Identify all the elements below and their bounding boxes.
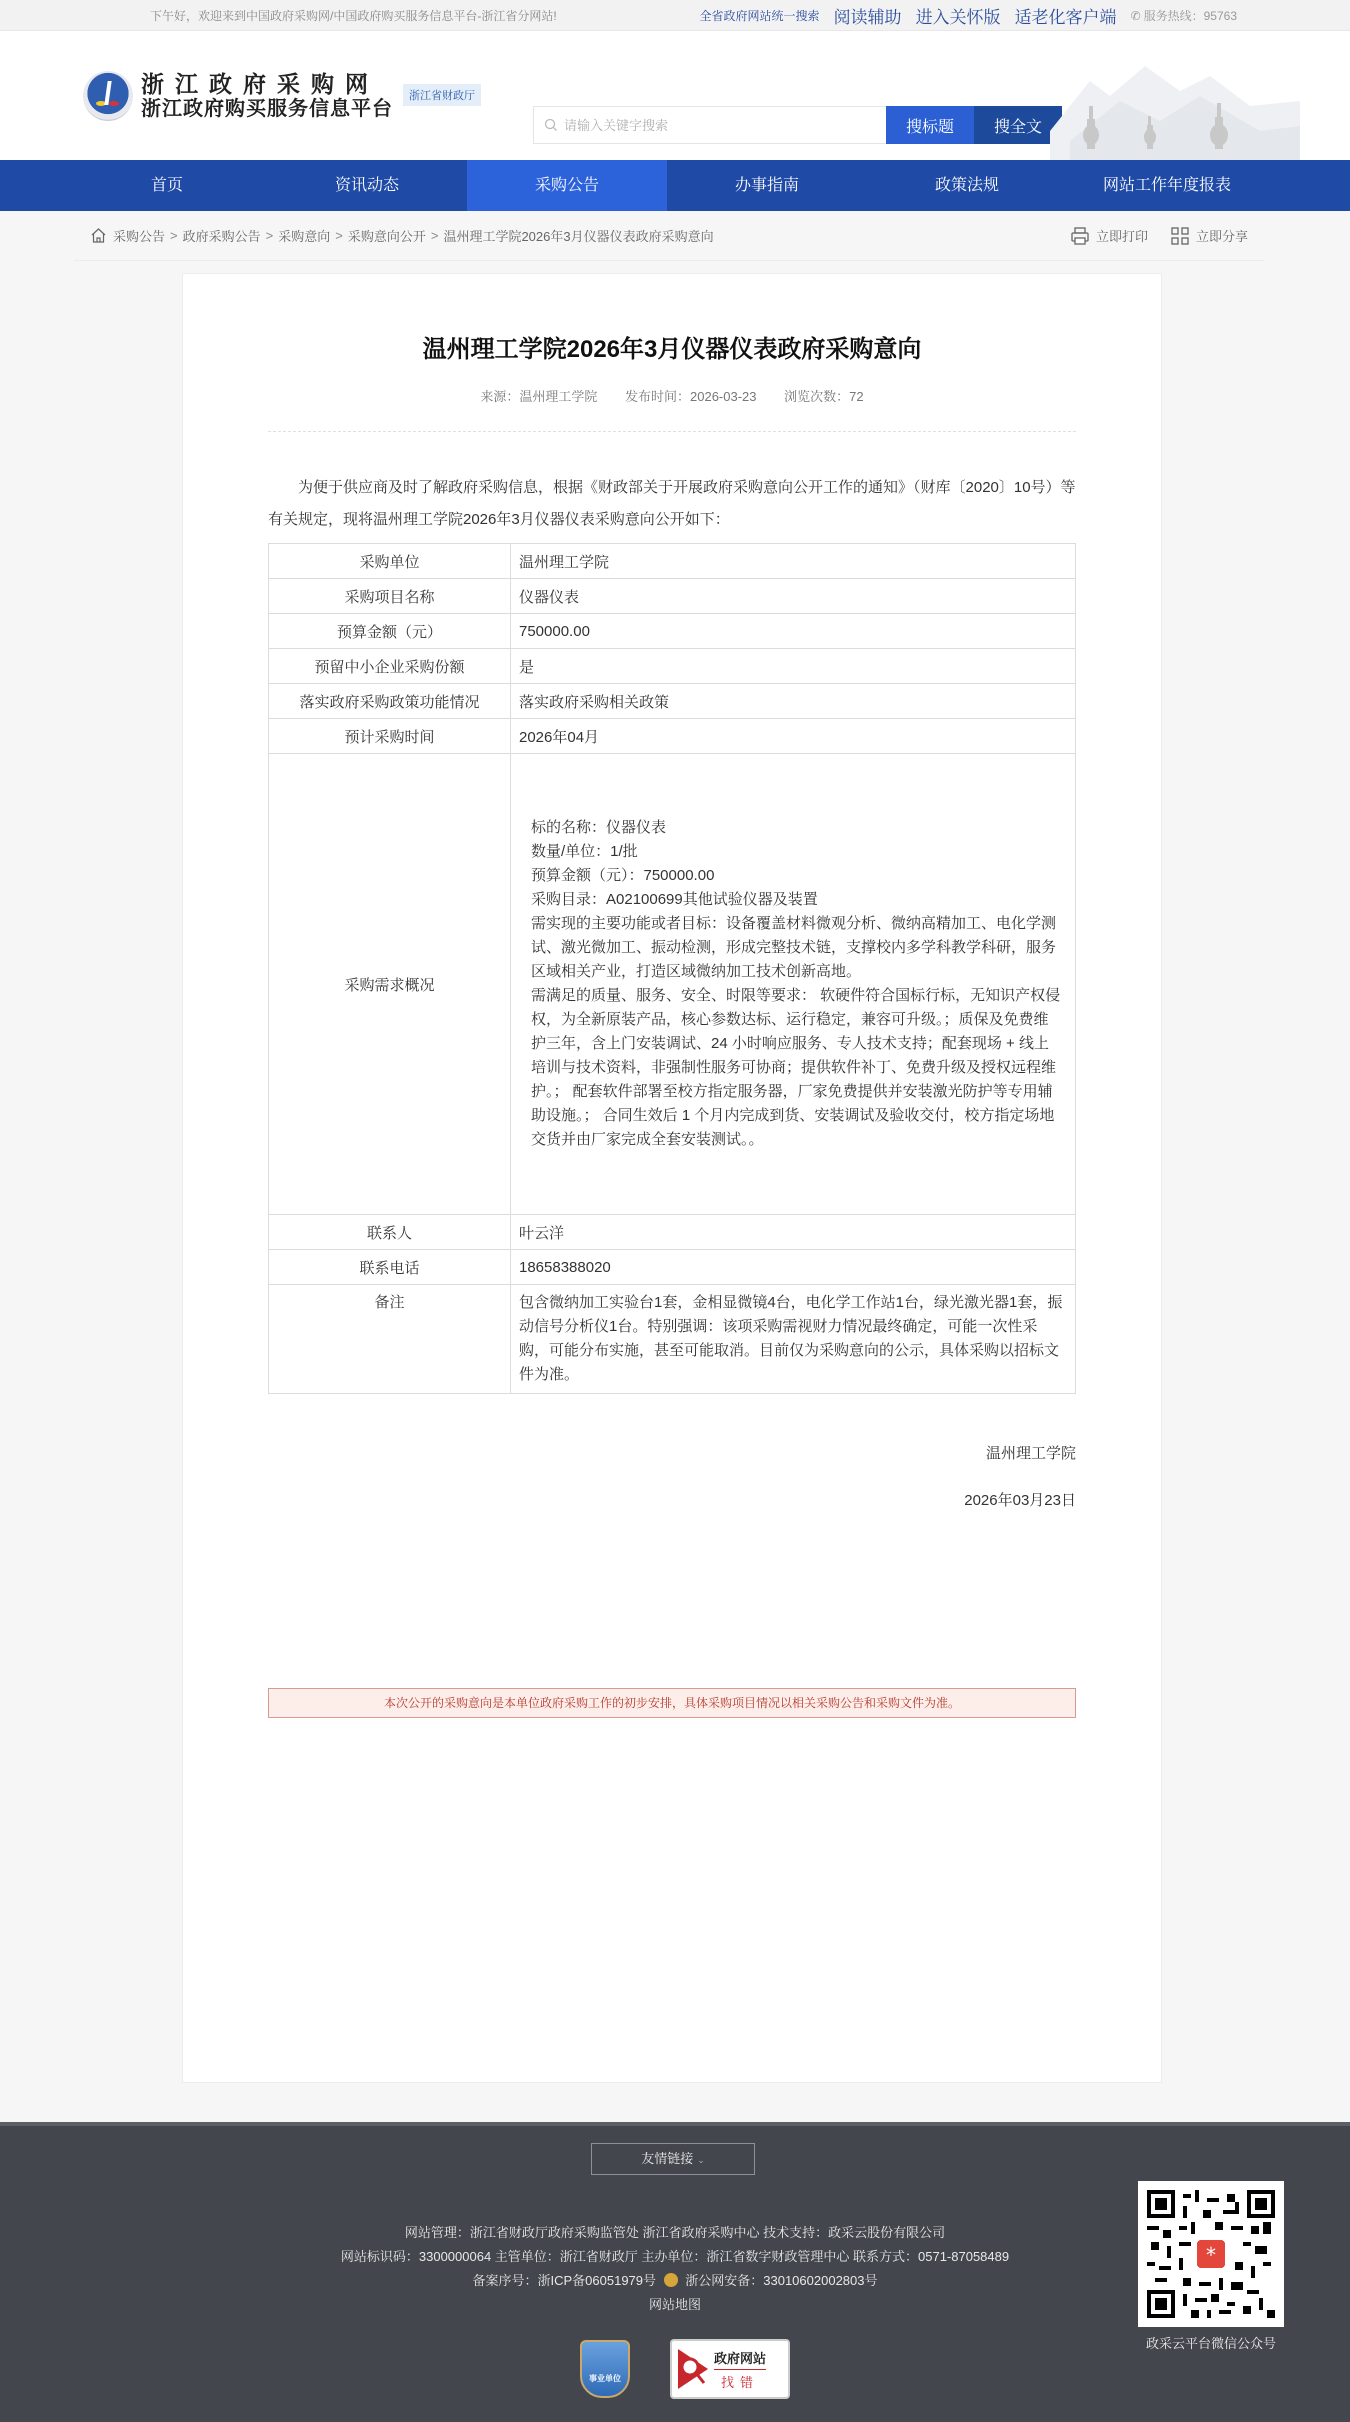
nav-procurement-notices[interactable]: 采购公告 — [467, 160, 667, 211]
icp-link[interactable]: 备案序号：浙ICP备06051979号 — [473, 2273, 657, 2288]
demand-line: 需满足的质量、服务、安全、时限等要求： 软硬件符合国标行标，无知识产权侵权，为全… — [531, 984, 1063, 1152]
wechat-qr: * 政采云平台微信公众号 — [1138, 2181, 1284, 2352]
table-row: 预计采购时间2026年04月 — [269, 719, 1076, 754]
police-badge-icon — [664, 2273, 678, 2287]
gov-site-error-report-button[interactable]: 政府网站 找错 — [670, 2339, 790, 2399]
search-box — [533, 106, 886, 144]
table-row-demand: 采购需求概况 标的名称：仪器仪表 数量/单位：1/批 预算金额（元）：75000… — [269, 754, 1076, 1215]
article-publish-time: 发布时间：2026-03-23 — [625, 389, 757, 404]
printer-icon — [1070, 226, 1090, 246]
mountain-pagoda-decoration — [1050, 61, 1300, 160]
hotline: ✆ 服务热线：95763 — [1131, 7, 1237, 24]
logo-subtitle: 浙江政府购买服务信息平台 — [141, 97, 393, 121]
row-value: 温州理工学院 — [511, 544, 1076, 579]
sign-date: 2026年03月23日 — [268, 1489, 1076, 1510]
demand-line: 需实现的主要功能或者目标：设备覆盖材料微观分析、微纳高精加工、电化学测试、激光微… — [531, 912, 1063, 984]
breadcrumb-separator: > — [431, 228, 439, 243]
page-tools: 立即打印 立即分享 — [1070, 226, 1248, 246]
row-value: 落实政府采购相关政策 — [511, 684, 1076, 719]
hotline-text: 服务热线：95763 — [1144, 7, 1237, 24]
magnifier-flag-icon — [676, 2345, 710, 2393]
table-row: 落实政府采购政策功能情况落实政府采购相关政策 — [269, 684, 1076, 719]
demand-line: 标的名称：仪器仪表 — [531, 816, 1063, 840]
logo-emblem-icon — [83, 71, 133, 121]
share-button[interactable]: 立即分享 — [1170, 226, 1248, 246]
qr-code-icon: * — [1147, 2190, 1275, 2318]
friend-links-label: 友情链接 — [641, 2151, 693, 2166]
breadcrumb-item[interactable]: 采购公告 — [113, 226, 165, 245]
qr-caption: 政采云平台微信公众号 — [1138, 2333, 1284, 2352]
table-row: 采购项目名称仪器仪表 — [269, 579, 1076, 614]
qr-code-image: * — [1138, 2181, 1284, 2327]
nav-guide[interactable]: 办事指南 — [667, 160, 867, 211]
demand-line: 数量/单位：1/批 — [531, 840, 1063, 864]
search-bar: 搜标题 搜全文 — [533, 106, 1062, 144]
search-title-button[interactable]: 搜标题 — [886, 106, 974, 144]
search-fulltext-button[interactable]: 搜全文 — [974, 106, 1062, 144]
nav-news[interactable]: 资讯动态 — [267, 160, 467, 211]
row-label: 联系人 — [269, 1215, 511, 1250]
search-input[interactable] — [564, 118, 884, 133]
row-value: 是 — [511, 649, 1076, 684]
breadcrumb-item[interactable]: 政府采购公告 — [183, 226, 261, 245]
breadcrumb-current: 温州理工学院2026年3月仪器仪表政府采购意向 — [443, 226, 713, 245]
row-value: 2026年04月 — [511, 719, 1076, 754]
share-label: 立即分享 — [1196, 226, 1248, 245]
badge-label: 事业单位 — [589, 2373, 621, 2384]
contact-person: 叶云洋 — [511, 1215, 1076, 1250]
phone-icon: ✆ — [1131, 9, 1141, 23]
error-label-bottom: 找错 — [714, 2372, 766, 2391]
demand-line: 采购目录：A02100699其他试验仪器及装置 — [531, 888, 1063, 912]
row-value: 750000.00 — [511, 614, 1076, 649]
divider — [268, 431, 1076, 432]
row-label: 采购需求概况 — [269, 754, 511, 1215]
chevron-down-icon: ⌄ — [697, 2155, 705, 2165]
row-label: 预留中小企业采购份额 — [269, 649, 511, 684]
nav-annual-report[interactable]: 网站工作年度报表 — [1067, 160, 1267, 211]
contact-phone: 18658388020 — [511, 1250, 1076, 1285]
note-value: 包含微纳加工实验台1套，金相显微镜4台，电化学工作站1台，绿光激光器1套，振动信… — [511, 1285, 1076, 1394]
table-row: 采购单位温州理工学院 — [269, 544, 1076, 579]
row-label: 采购单位 — [269, 544, 511, 579]
top-links: 全省政府网站统一搜索 阅读辅助 进入关怀版 适老化客户端 ✆ 服务热线：9576… — [700, 3, 1237, 28]
search-icon — [544, 118, 558, 132]
demand-detail: 标的名称：仪器仪表 数量/单位：1/批 预算金额（元）：750000.00 采购… — [511, 754, 1076, 1215]
breadcrumb-separator: > — [335, 228, 343, 243]
row-label: 预算金额（元） — [269, 614, 511, 649]
article-intro: 为便于供应商及时了解政府采购信息，根据《财政部关于开展政府采购意向公开工作的通知… — [268, 472, 1076, 536]
police-record-link[interactable]: 浙公网安备：33010602002803号 — [685, 2273, 877, 2288]
site-header: 浙江政府采购网 浙江政府购买服务信息平台 浙江省财政厅 搜标题 搜全文 — [0, 31, 1350, 160]
elderly-client-link[interactable]: 适老化客户端 — [1015, 3, 1117, 28]
public-institution-badge[interactable]: 事业单位 — [580, 2340, 630, 2398]
table-row: 联系电话18658388020 — [269, 1250, 1076, 1285]
row-value: 仪器仪表 — [511, 579, 1076, 614]
table-row: 预算金额（元）750000.00 — [269, 614, 1076, 649]
table-row-note: 备注包含微纳加工实验台1套，金相显微镜4台，电化学工作站1台，绿光激光器1套，振… — [269, 1285, 1076, 1394]
table-row: 联系人叶云洋 — [269, 1215, 1076, 1250]
logo-tag: 浙江省财政厅 — [403, 84, 481, 106]
site-footer: 友情链接⌄ 网站管理：浙江省财政厅政府采购监管处 浙江省政府采购中心 技术支持：… — [0, 2122, 1350, 2422]
signature: 温州理工学院 2026年03月23日 — [268, 1442, 1076, 1510]
main-nav: 首页 资讯动态 采购公告 办事指南 政策法规 网站工作年度报表 — [0, 160, 1350, 211]
article-views: 浏览次数：72 — [784, 389, 863, 404]
print-button[interactable]: 立即打印 — [1070, 226, 1148, 246]
row-label: 预计采购时间 — [269, 719, 511, 754]
reading-assist-link[interactable]: 阅读辅助 — [834, 3, 902, 28]
procurement-info-table: 采购单位温州理工学院 采购项目名称仪器仪表 预算金额（元）750000.00 预… — [268, 543, 1076, 1394]
breadcrumb-separator: > — [266, 228, 274, 243]
friend-links-dropdown[interactable]: 友情链接⌄ — [591, 2143, 755, 2175]
nav-home[interactable]: 首页 — [67, 160, 267, 211]
row-label: 落实政府采购政策功能情况 — [269, 684, 511, 719]
article-title: 温州理工学院2026年3月仪器仪表政府采购意向 — [268, 274, 1076, 364]
article-source: 来源：温州理工学院 — [480, 389, 597, 404]
qrcode-icon — [1170, 226, 1190, 246]
care-version-link[interactable]: 进入关怀版 — [916, 3, 1001, 28]
sign-org: 温州理工学院 — [268, 1442, 1076, 1463]
top-bar: 下午好，欢迎来到中国政府采购网/中国政府购买服务信息平台-浙江省分网站! 全省政… — [0, 0, 1350, 31]
breadcrumb-item[interactable]: 采购意向 — [278, 226, 330, 245]
nav-policies[interactable]: 政策法规 — [867, 160, 1067, 211]
breadcrumb: 采购公告> 政府采购公告> 采购意向> 采购意向公开> 温州理工学院2026年3… — [90, 226, 714, 245]
row-label: 采购项目名称 — [269, 579, 511, 614]
site-logo[interactable]: 浙江政府采购网 浙江政府购买服务信息平台 浙江省财政厅 — [83, 71, 481, 121]
logo-title: 浙江政府采购网 — [141, 72, 393, 97]
breadcrumb-item[interactable]: 采购意向公开 — [348, 226, 426, 245]
print-label: 立即打印 — [1096, 226, 1148, 245]
breadcrumb-bar: 采购公告> 政府采购公告> 采购意向> 采购意向公开> 温州理工学院2026年3… — [74, 211, 1264, 261]
demand-line: 预算金额（元）：750000.00 — [531, 864, 1063, 888]
svg-text:*: * — [1206, 2243, 1216, 2267]
footer-badges: 事业单位 政府网站 找错 — [580, 2339, 790, 2399]
sitemap-link[interactable]: 网站地图 — [649, 2297, 701, 2312]
row-label: 备注 — [269, 1285, 511, 1394]
article-meta: 来源：温州理工学院 发布时间：2026-03-23 浏览次数：72 — [268, 386, 1076, 405]
welcome-text: 下午好，欢迎来到中国政府采购网/中国政府购买服务信息平台-浙江省分网站! — [150, 7, 557, 24]
table-row: 预留中小企业采购份额是 — [269, 649, 1076, 684]
row-label: 联系电话 — [269, 1250, 511, 1285]
error-label-top: 政府网站 — [714, 2348, 766, 2370]
disclaimer-notice: 本次公开的采购意向是本单位政府采购工作的初步安排，具体采购项目情况以相关采购公告… — [268, 1688, 1076, 1718]
home-icon[interactable] — [90, 227, 107, 244]
article-card: 温州理工学院2026年3月仪器仪表政府采购意向 来源：温州理工学院 发布时间：2… — [182, 273, 1162, 2083]
unified-search-link[interactable]: 全省政府网站统一搜索 — [700, 7, 820, 24]
breadcrumb-separator: > — [170, 228, 178, 243]
